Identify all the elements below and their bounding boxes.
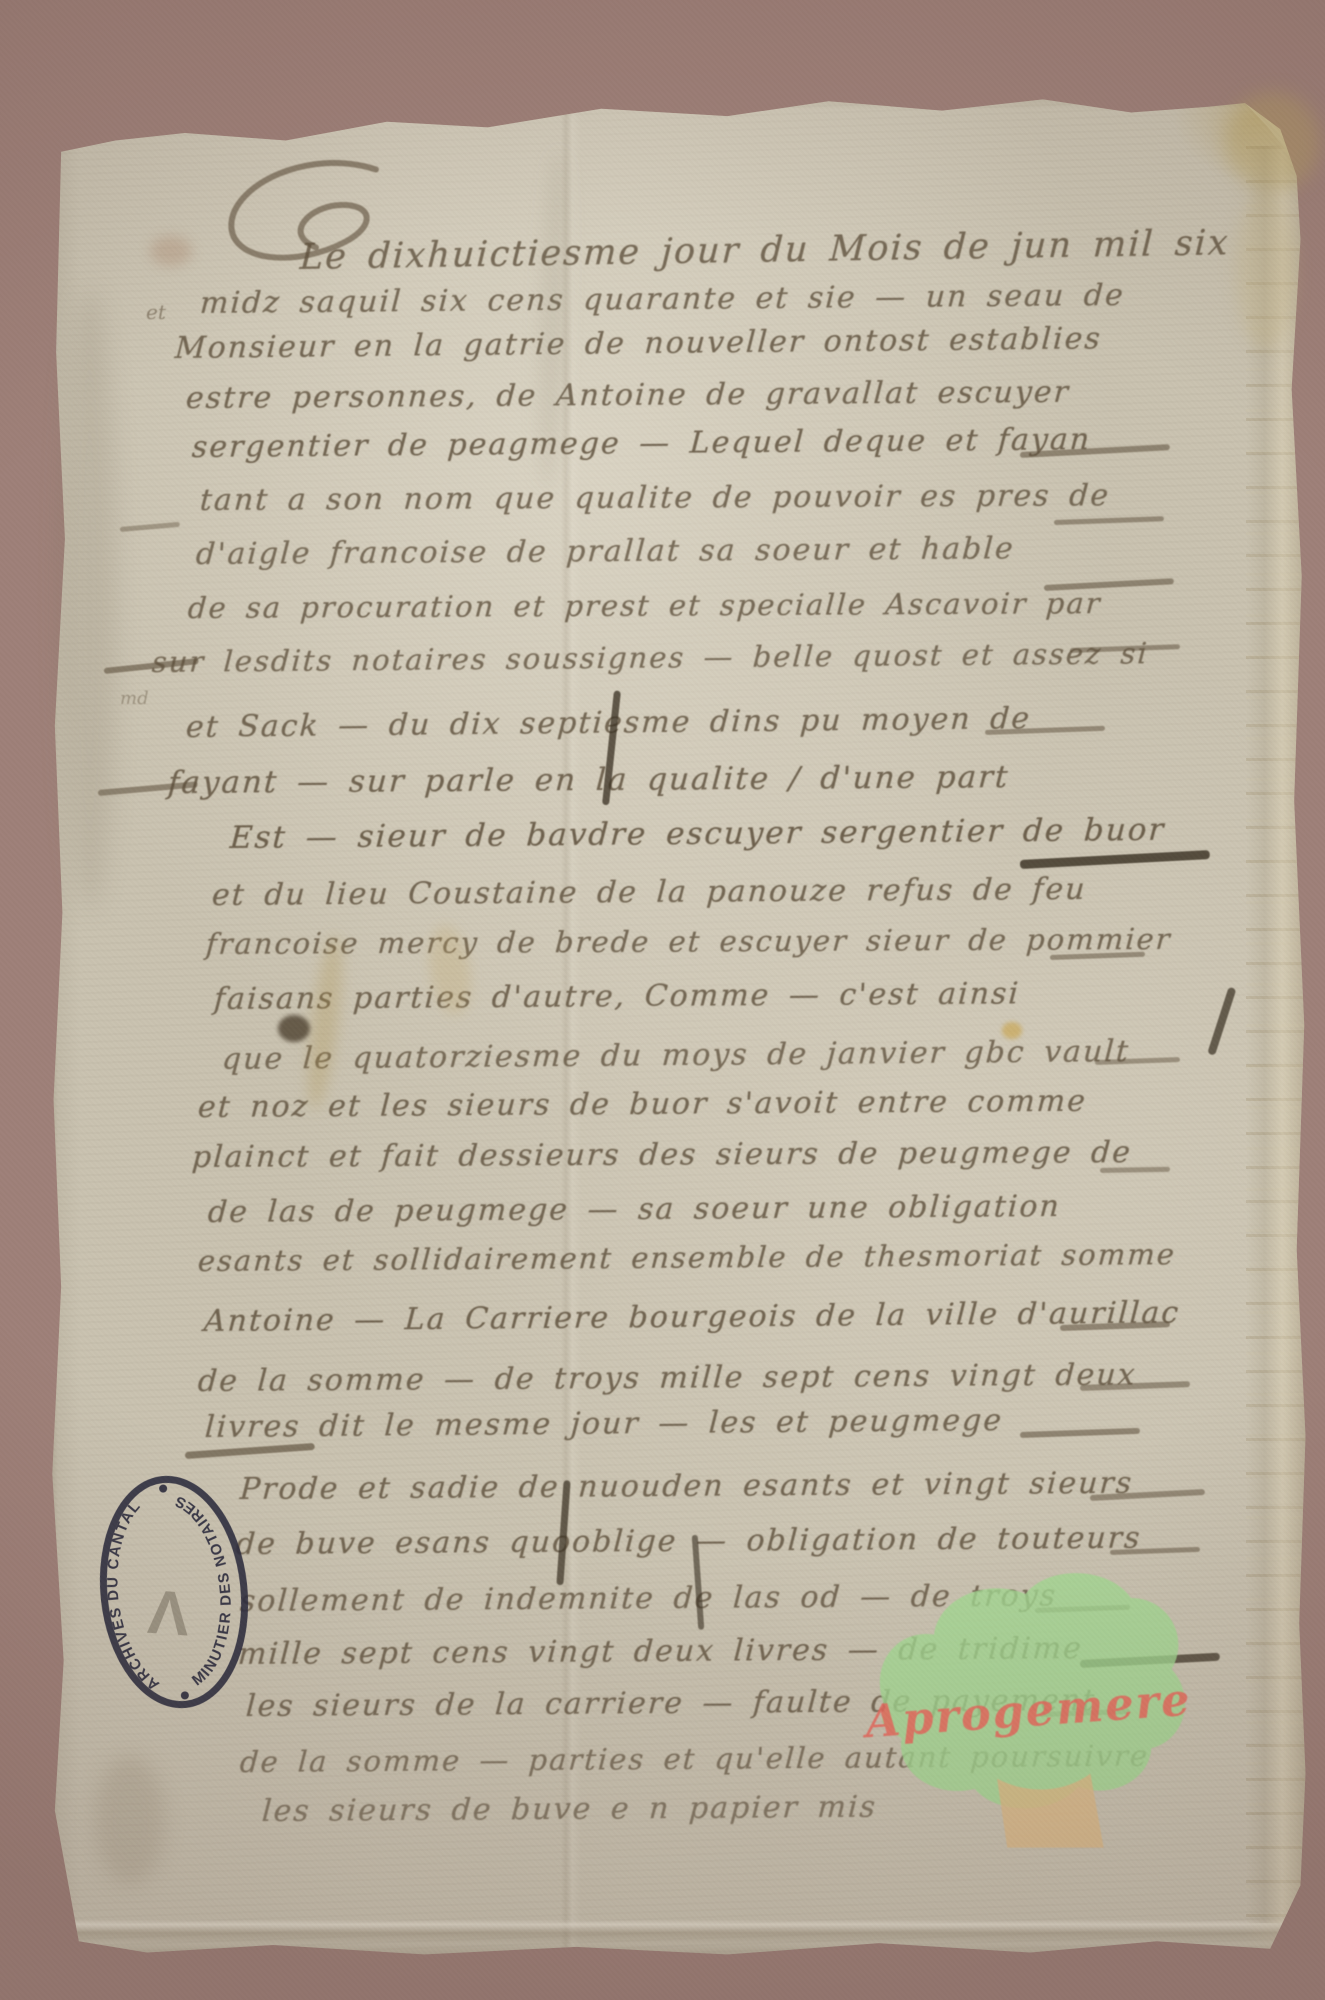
manuscript-line: Prode et sadie de nuouden esants et ving… [239, 1466, 1134, 1507]
stamp-pencil-mark: Λ [146, 1578, 194, 1650]
paper-stain [62, 290, 117, 910]
manuscript-line: sur lesdits notaires soussignes — belle … [151, 636, 1150, 679]
marginal-note: md [120, 688, 149, 709]
manuscript-line: tant a son nom que qualite de pouvoir es… [199, 478, 1111, 518]
manuscript-line: Antoine — La Carriere bourgeois de la vi… [203, 1295, 1181, 1339]
manuscript-line: et noz et les sieurs de buor s'avoit ent… [197, 1084, 1088, 1125]
pen-stroke [1054, 516, 1164, 525]
manuscript-line: francoise mercy de brede et escuyer sieu… [205, 922, 1173, 961]
manuscript-line: Est — sieur de bavdre escuyer sergentier… [229, 812, 1166, 856]
pen-stroke [1100, 1167, 1170, 1173]
manuscript-line: plainct et fait dessieurs des sieurs de … [191, 1135, 1133, 1175]
manuscript-line: Le dixhuictiesme jour du Mois de jun mil… [299, 223, 1231, 278]
photo-backdrop: Le dixhuictiesme jour du Mois de jun mil… [0, 0, 1325, 2000]
paper-stain [1235, 190, 1295, 350]
pen-stroke [1020, 850, 1210, 869]
manuscript-line: les sieurs de buve e n papier mis [261, 1790, 878, 1829]
manuscript-line: midz saquil six cens quarante et sie — u… [199, 278, 1126, 321]
marginal-note: et [146, 300, 166, 324]
paper-stain [95, 1755, 165, 1885]
manuscript-line: d'aigle francoise de prallat sa soeur et… [195, 531, 1016, 572]
manuscript-line: de sa procuration et prest et specialle … [187, 586, 1103, 625]
pen-stroke [120, 522, 180, 532]
archives-du-cantal-stamp: ARCHIVES DU CANTAL MINUTIER DES NOTAIRES… [61, 1452, 287, 1731]
manuscript-line: sergentier de peagmege — Lequel deque et… [191, 422, 1092, 465]
pen-stroke [1044, 578, 1174, 591]
manuscript-line: Monsieur en la gatrie de nouveller ontos… [174, 321, 1103, 366]
stamp-separator-dot-top [159, 1484, 168, 1493]
paper-stain [278, 1015, 310, 1042]
manuscript-line: et du lieu Coustaine de la panouze refus… [211, 872, 1088, 913]
manuscript-line: esants et sollidairement ensemble de the… [197, 1237, 1177, 1278]
paper-stain [1225, 92, 1320, 192]
pen-stroke [1207, 987, 1236, 1056]
manuscript-line: de la somme — de troys mille sept cens v… [197, 1357, 1138, 1399]
manuscript-line: que le quatorziesme du moys de janvier g… [221, 1034, 1131, 1077]
paper-stain [150, 236, 192, 266]
stamp-separator-dot-bottom [180, 1691, 189, 1700]
manuscript-line: estre personnes, de Antoine de gravallat… [185, 375, 1071, 416]
paper-stain [1002, 1022, 1022, 1039]
manuscript-line: de las de peugmege — sa soeur une obliga… [207, 1189, 1062, 1230]
manuscript-line: livres dit le mesme jour — les et peugme… [204, 1403, 1004, 1445]
manuscript-line: fayant — sur parle en la qualite / d'une… [167, 759, 1011, 801]
pen-stroke [1020, 1428, 1140, 1438]
aprogemere-watermark: Aprogemere [855, 1545, 1200, 1850]
